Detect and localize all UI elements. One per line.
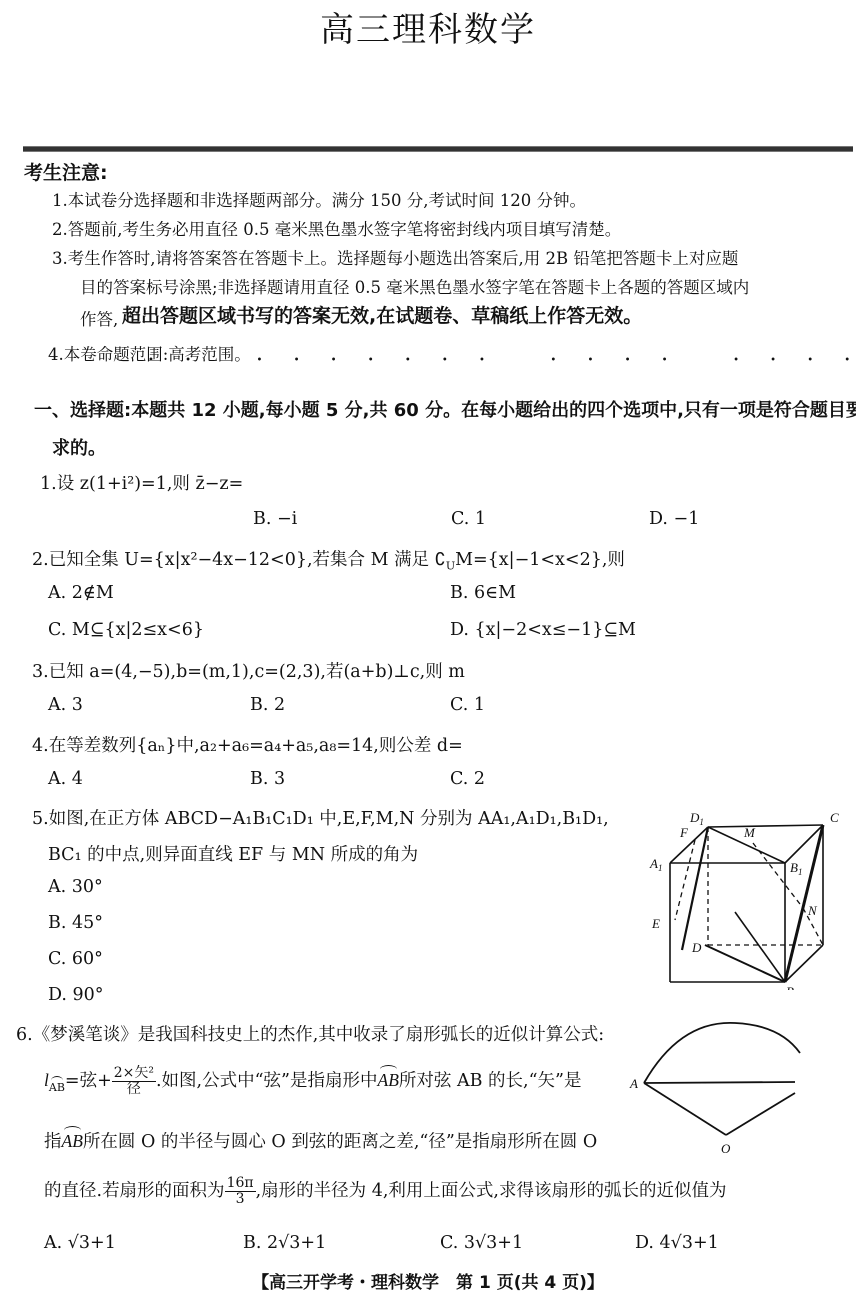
question-6-line3: 指AB所在圆 O 的半径与圆心 O 到弦的距离之差,“径”是指扇形所在圆 O [44, 1128, 597, 1153]
q1-option-b[interactable]: B. −i [253, 509, 297, 529]
arc-ab: AB [378, 1070, 399, 1091]
question-number: 3. [32, 662, 49, 682]
question-stem: 设 z(1+i²)=1,则 z̄−z= [57, 474, 244, 494]
question-number: 5. [32, 809, 49, 829]
q6-option-b[interactable]: B. 2√3+1 [243, 1233, 326, 1253]
question-stem: 《梦溪笔谈》是我国科技史上的杰作,其中收录了扇形弧长的近似计算公式: [33, 1025, 604, 1045]
complement-symbol: ∁ [435, 550, 446, 570]
question-5: 5.如图,在正方体 ABCD−A₁B₁C₁D₁ 中,E,F,M,N 分别为 AA… [32, 805, 609, 830]
emphasis-dots: • • • • • • • • • • • • • • • • • • • • [148, 355, 856, 366]
sector-figure: A O [620, 1015, 856, 1160]
fraction-numerator: 16π [225, 1176, 256, 1192]
q2-option-d[interactable]: D. {x|−2<x≤−1}⊆M [450, 620, 636, 640]
question-stem: 已知全集 U={x|x²−4x−12<0},若集合 M 满足 [49, 550, 435, 570]
arc-ab: AB [62, 1131, 83, 1152]
question-stem: 所在圆 O 的半径与圆心 O 到弦的距离之差,“径”是指扇形所在圆 O [83, 1132, 597, 1152]
notes-heading: 考生注意: [24, 158, 108, 185]
question-stem: 如图,在正方体 ABCD−A₁B₁C₁D₁ 中,E,F,M,N 分别为 AA₁,… [49, 809, 609, 829]
q5-option-a[interactable]: A. 30° [48, 877, 103, 897]
q5-option-c[interactable]: C. 60° [48, 949, 103, 969]
header-divider [23, 146, 853, 152]
question-stem: 的直径.若扇形的面积为 [44, 1181, 225, 1201]
label-b: B [786, 984, 794, 990]
q5-option-d[interactable]: D. 90° [48, 985, 104, 1005]
question-3: 3.已知 a=(4,−5),b=(m,1),c=(2,3),若(a+b)⊥c,则… [32, 658, 465, 683]
q3-option-c[interactable]: C. 1 [450, 695, 485, 715]
label-b1: B1 [790, 860, 802, 877]
label-f: F [679, 825, 689, 840]
question-4: 4.在等差数列{aₙ}中,a₂+a₆=a₄+a₅,a₈=14,则公差 d= [32, 732, 463, 757]
note-2: 2.答题前,考生务必用直径 0.5 毫米黑色墨水签字笔将密封线内项目填写清楚。 [52, 216, 621, 240]
q4-option-c[interactable]: C. 2 [450, 769, 485, 789]
question-5-cont: BC₁ 的中点,则异面直线 EF 与 MN 所成的角为 [48, 841, 418, 866]
q4-option-a[interactable]: A. 4 [48, 769, 83, 789]
question-stem: 所对弦 AB 的长,“矢”是 [399, 1071, 582, 1091]
question-number: 4. [32, 736, 49, 756]
q2-option-b[interactable]: B. 6∈M [450, 583, 516, 603]
label-a: A [629, 1076, 638, 1091]
question-stem: ,扇形的半径为 4,利用上面公式,求得该扇形的弧长的近似值为 [256, 1181, 727, 1201]
question-stem: 已知 a=(4,−5),b=(m,1),c=(2,3),若(a+b)⊥c,则 m [49, 662, 465, 682]
note-3-cont: 目的答案标号涂黑;非选择题请用直径 0.5 毫米黑色墨水签字笔在答题卡上各题的答… [80, 274, 749, 298]
fraction-denominator: 径 [112, 1082, 156, 1097]
q3-option-b[interactable]: B. 2 [250, 695, 285, 715]
page-title: 高三理科数学 [0, 2, 856, 51]
label-a1: A1 [649, 856, 662, 873]
note-4: 4.本卷命题范围:高考范围。 [48, 341, 251, 365]
q6-option-d[interactable]: D. 4√3+1 [635, 1233, 719, 1253]
q2-option-a[interactable]: A. 2∉M [48, 583, 114, 603]
label-c: C [830, 810, 839, 825]
area-fraction: 16π3 [225, 1176, 256, 1207]
label-d1: D1 [689, 810, 704, 827]
question-6: 6.《梦溪笔谈》是我国科技史上的杰作,其中收录了扇形弧长的近似计算公式: [16, 1021, 604, 1046]
label-e: E [651, 916, 660, 931]
section-heading: 一、选择题:本题共 12 小题,每小题 5 分,共 60 分。在每小题给出的四个… [34, 396, 856, 422]
q1-option-a[interactable]: A. i [48, 509, 77, 529]
question-6-formula-line: lAB=弦+2×矢²径.如图,公式中“弦”是指扇形中AB所对弦 AB 的长,“矢… [44, 1066, 582, 1097]
q3-option-a[interactable]: A. 3 [48, 695, 83, 715]
question-stem: .如图,公式中“弦”是指扇形中 [156, 1071, 378, 1091]
section-heading-cont: 求的。 [52, 434, 106, 460]
q4-option-b[interactable]: B. 3 [250, 769, 285, 789]
complement-subscript: U [446, 560, 455, 573]
question-number: 1. [40, 474, 57, 494]
question-6-line4: 的直径.若扇形的面积为16π3,扇形的半径为 4,利用上面公式,求得该扇形的弧长… [44, 1176, 726, 1207]
formula-fraction: 2×矢²径 [112, 1066, 156, 1097]
question-1: 1.设 z(1+i²)=1,则 z̄−z= [40, 470, 243, 495]
label-m: M [743, 825, 756, 840]
q6-option-a[interactable]: A. √3+1 [44, 1233, 116, 1253]
label-d: D [691, 940, 702, 955]
fraction-denominator: 3 [225, 1192, 256, 1207]
question-number: 6. [16, 1025, 33, 1045]
formula-subscript: AB [49, 1081, 65, 1094]
q2-option-c[interactable]: C. M⊆{x|2≤x<6} [48, 620, 204, 640]
label-o: O [721, 1141, 731, 1156]
note-3: 3.考生作答时,请将答案答在答题卡上。选择题每小题选出答案后,用 2B 铅笔把答… [52, 245, 738, 269]
q1-option-d[interactable]: D. −1 [649, 509, 699, 529]
formula-mid: =弦+ [65, 1071, 112, 1091]
question-2: 2.已知全集 U={x|x²−4x−12<0},若集合 M 满足 ∁UM={x|… [32, 546, 625, 573]
note-1: 1.本试卷分选择题和非选择题两部分。满分 150 分,考试时间 120 分钟。 [52, 187, 586, 211]
q6-option-c[interactable]: C. 3√3+1 [440, 1233, 523, 1253]
page-footer: 【高三开学考・理科数学 第 1 页(共 4 页)】 [0, 1268, 856, 1293]
question-stem: 指 [44, 1132, 62, 1152]
question-number: 2. [32, 550, 49, 570]
q5-option-b[interactable]: B. 45° [48, 913, 103, 933]
label-n: N [807, 903, 818, 918]
note-3-cont2: 作答, [80, 306, 118, 330]
cube-figure: D1 C F M A1 B1 N E D B [640, 800, 856, 990]
fraction-numerator: 2×矢² [112, 1066, 156, 1082]
question-stem-end: M={x|−1<x<2},则 [455, 550, 625, 570]
note-emphasis: 超出答题区域书写的答案无效,在试题卷、草稿纸上作答无效。 [122, 301, 642, 328]
question-stem: 在等差数列{aₙ}中,a₂+a₆=a₄+a₅,a₈=14,则公差 d= [49, 736, 463, 756]
q1-option-c[interactable]: C. 1 [451, 509, 486, 529]
